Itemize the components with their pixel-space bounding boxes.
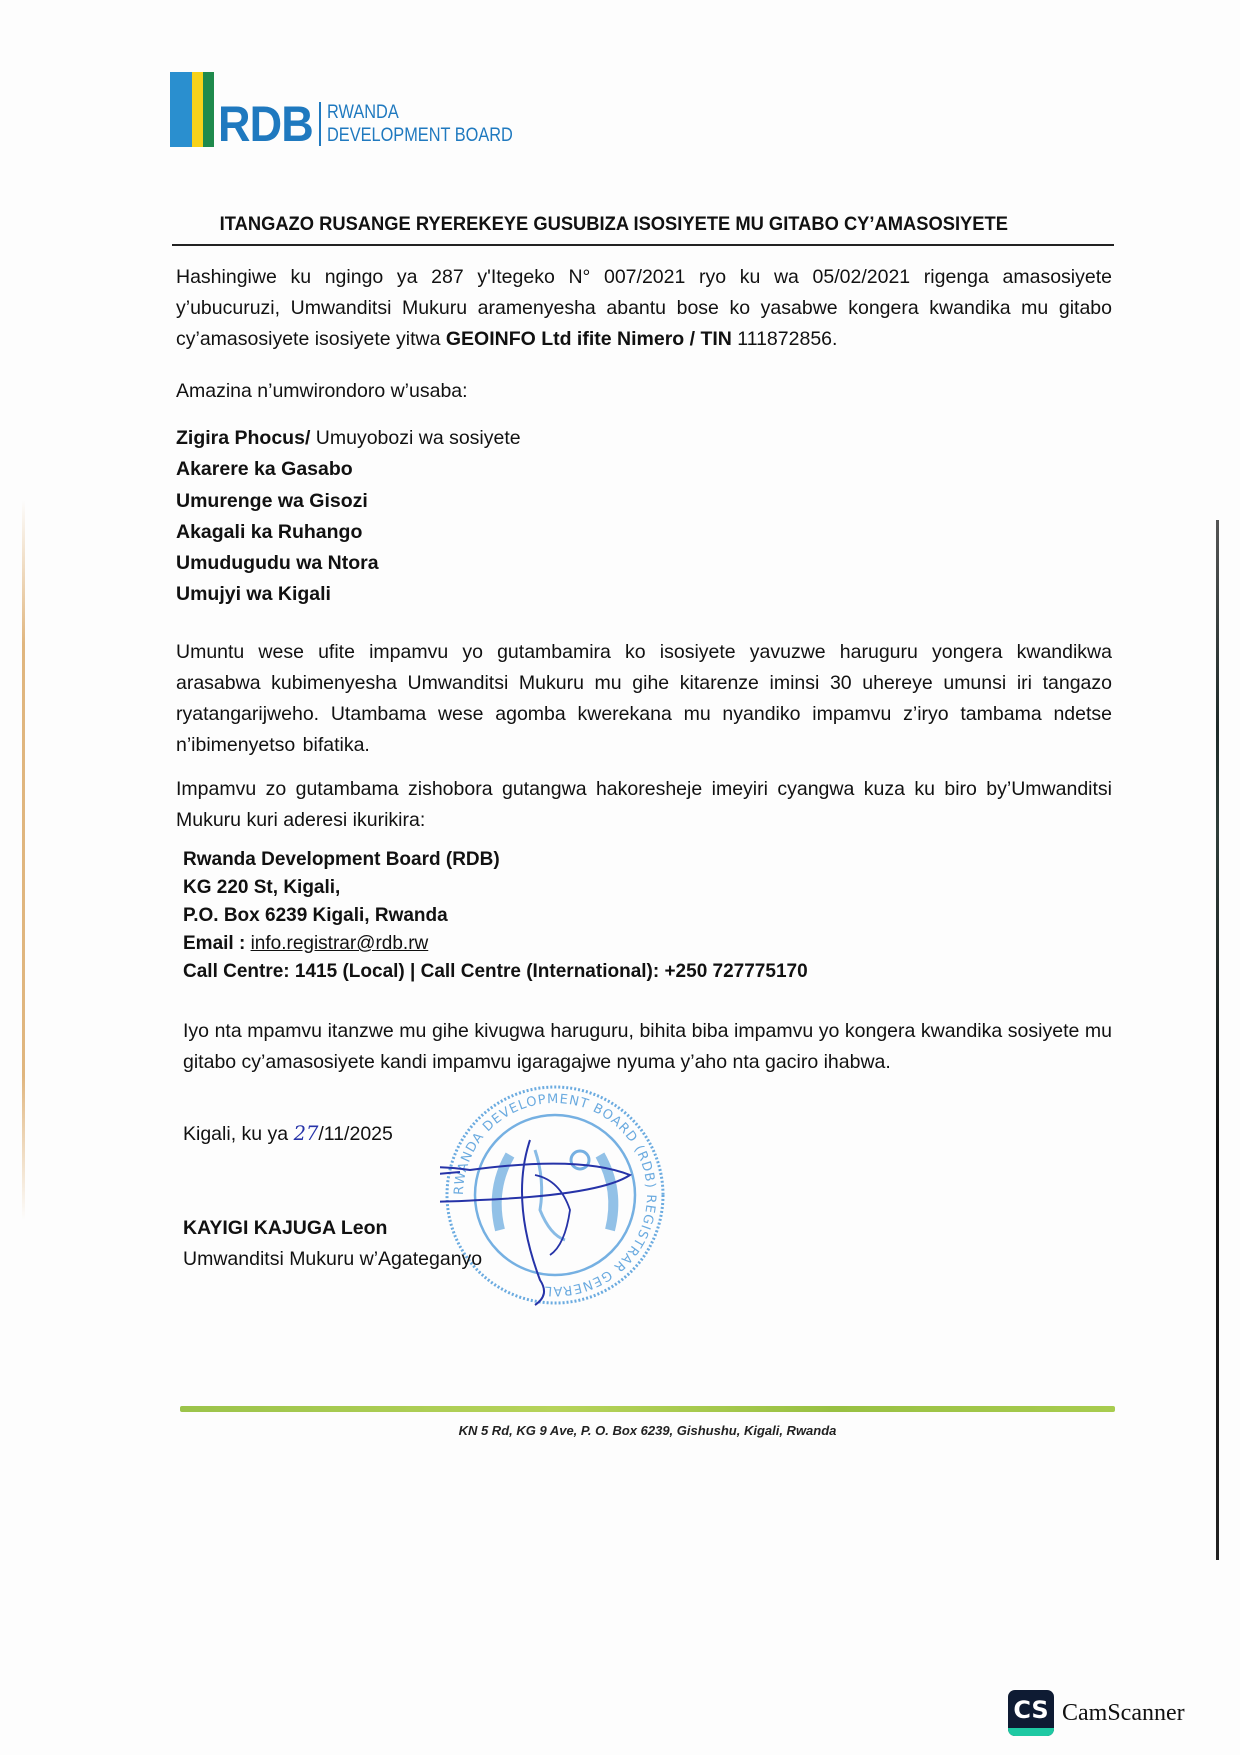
contact-email-line: Email : info.registrar@rdb.rw bbox=[183, 930, 808, 958]
applicant-village: Umudugudu wa Ntora bbox=[176, 548, 521, 579]
signatory-title: Umwanditsi Mukuru w’Agateganyo bbox=[183, 1244, 482, 1275]
camscanner-label: CamScanner bbox=[1062, 1700, 1185, 1727]
contact-po-box: P.O. Box 6239 Kigali, Rwanda bbox=[183, 902, 808, 930]
logo-org-name: RWANDA DEVELOPMENT BOARD bbox=[327, 101, 513, 147]
objection-paragraph: Umuntu wese ufite impamvu yo gutambamira… bbox=[176, 637, 1112, 761]
footer-rule bbox=[180, 1406, 1115, 1412]
intro-paragraph: Hashingiwe ku ngingo ya 287 y'Itegeko N°… bbox=[176, 262, 1112, 355]
tin-number: 111872856. bbox=[732, 328, 838, 350]
logo-abbr: RDB bbox=[218, 101, 313, 147]
signatory-block: KAYIGI KAJUGA Leon Umwanditsi Mukuru w’A… bbox=[183, 1213, 482, 1275]
signatory-name: KAYIGI KAJUGA Leon bbox=[183, 1213, 482, 1244]
camscanner-icon: CS bbox=[1008, 1690, 1054, 1736]
scan-edge-left bbox=[22, 500, 25, 1220]
handwritten-day: 27 bbox=[294, 1122, 319, 1145]
contact-org: Rwanda Development Board (RDB) bbox=[183, 846, 808, 874]
footer-address: KN 5 Rd, KG 9 Ave, P. O. Box 6239, Gishu… bbox=[180, 1423, 1115, 1438]
applicant-name-line: Zigira Phocus/ Umuyobozi wa sosiyete bbox=[176, 423, 521, 454]
applicant-sector: Umurenge wa Gisozi bbox=[176, 486, 521, 517]
applicant-city: Umujyi wa Kigali bbox=[176, 579, 521, 610]
contact-call-centre: Call Centre: 1415 (Local) | Call Centre … bbox=[183, 958, 808, 986]
submission-paragraph: Impamvu zo gutambama zishobora gutangwa … bbox=[176, 774, 1112, 836]
camscanner-watermark: CS CamScanner bbox=[1008, 1690, 1185, 1736]
rdb-logo: RDB RWANDA DEVELOPMENT BOARD bbox=[170, 72, 543, 147]
applicant-cell: Akagali ka Ruhango bbox=[176, 517, 521, 548]
document-title: ITANGAZO RUSANGE RYEREKEYE GUSUBIZA ISOS… bbox=[172, 213, 1056, 236]
applicant-district: Akarere ka Gasabo bbox=[176, 454, 521, 485]
date-line: Kigali, ku ya 27/11/2025 bbox=[183, 1122, 393, 1146]
applicant-label: Amazina n’umwirondoro w’usaba: bbox=[176, 380, 468, 403]
contact-block: Rwanda Development Board (RDB) KG 220 St… bbox=[183, 846, 808, 986]
official-stamp-icon: RWANDA DEVELOPMENT BOARD (RDB) REGISTRAR… bbox=[440, 1080, 670, 1310]
contact-street: KG 220 St, Kigali, bbox=[183, 874, 808, 902]
flag-bars-icon bbox=[170, 72, 214, 147]
title-rule bbox=[172, 244, 1114, 246]
closing-paragraph: Iyo nta mpamvu itanzwe mu gihe kivugwa h… bbox=[183, 1016, 1112, 1078]
company-name: GEOINFO Ltd ifite Nimero / TIN bbox=[446, 328, 732, 350]
scan-edge-right bbox=[1216, 520, 1219, 1560]
email-link[interactable]: info.registrar@rdb.rw bbox=[251, 933, 429, 954]
logo-divider bbox=[319, 102, 321, 146]
applicant-details: Zigira Phocus/ Umuyobozi wa sosiyete Aka… bbox=[176, 423, 521, 611]
